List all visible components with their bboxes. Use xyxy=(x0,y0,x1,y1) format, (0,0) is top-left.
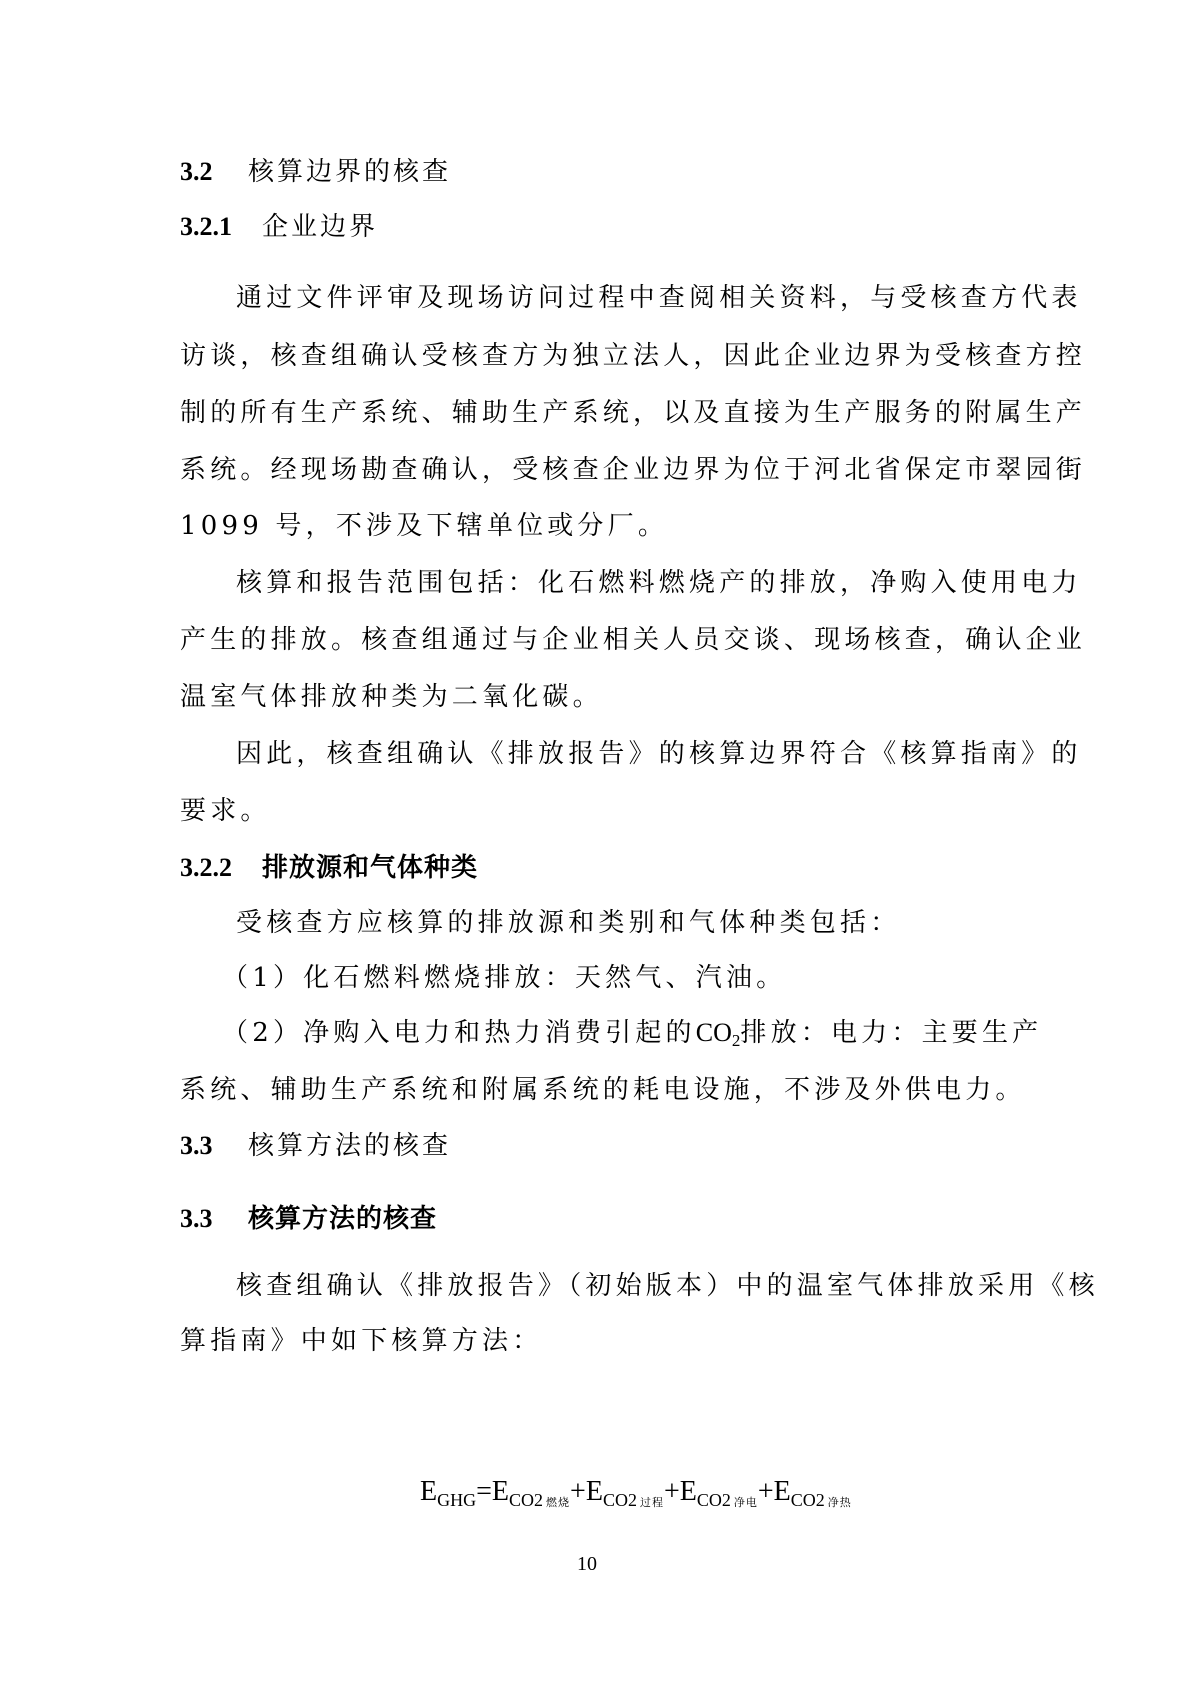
formula-subscript-cn: 净电 xyxy=(734,1496,758,1509)
formula-equals: = xyxy=(476,1476,492,1507)
formula-plus: + xyxy=(664,1476,680,1507)
ghg-formula: EGHG=ECO2燃烧+ECO2过程+ECO2净电+ECO2净热 xyxy=(420,1475,852,1520)
list-item-electricity: （2）净购入电力和热力消费引起的CO2排放：电力：主要生产 xyxy=(222,1018,1042,1056)
text-line: 1099 号，不涉及下辖单位或分厂。 xyxy=(180,511,668,541)
section-number: 3.2.2 xyxy=(180,853,262,883)
formula-subscript: CO2 xyxy=(697,1490,731,1510)
section-title: 企业边界 xyxy=(262,212,378,242)
section-heading-3-3: 3.3核算方法的核查 xyxy=(180,1131,451,1161)
section-heading-3-2: 3.2核算边界的核查 xyxy=(180,157,451,187)
list-item-text: 排放：电力：主要生产 xyxy=(740,1018,1042,1048)
section-number: 3.3 xyxy=(180,1204,248,1234)
section-title: 排放源和气体种类 xyxy=(262,853,478,883)
text-line: 通过文件评审及现场访问过程中查阅相关资料，与受核查方代表 xyxy=(236,283,1082,313)
section-number: 3.2.1 xyxy=(180,212,262,242)
text-line: 要求。 xyxy=(180,796,271,826)
chem-formula: CO2 xyxy=(696,1018,741,1047)
page-number: 10 xyxy=(577,1553,597,1576)
formula-subscript-cn: 燃烧 xyxy=(546,1496,570,1509)
text-line: 因此，核查组确认《排放报告》的核算边界符合《核算指南》的 xyxy=(236,739,1082,769)
formula-subscript: CO2 xyxy=(603,1490,637,1510)
section-heading-3-2-2: 3.2.2排放源和气体种类 xyxy=(180,853,478,883)
list-item-fossil-fuel: （1）化石燃料燃烧排放：天然气、汽油。 xyxy=(222,963,786,993)
list-item-continuation: 系统、辅助生产系统和附属系统的耗电设施，不涉及外供电力。 xyxy=(180,1075,1026,1105)
text-line: 温室气体排放种类为二氧化碳。 xyxy=(180,682,603,712)
formula-subscript-cn: 过程 xyxy=(640,1496,664,1509)
formula-symbol: E xyxy=(586,1476,603,1507)
formula-symbol: E xyxy=(420,1476,437,1507)
text-line: 产生的排放。核查组通过与企业相关人员交谈、现场核查，确认企业 xyxy=(180,625,1086,655)
text-line: 核查组确认《排放报告》（初始版本）中的温室气体排放采用《核 xyxy=(236,1271,1099,1301)
formula-subscript: GHG xyxy=(437,1490,476,1510)
formula-plus: + xyxy=(570,1476,586,1507)
text-line: 系统。经现场勘查确认，受核查企业边界为位于河北省保定市翠园街 xyxy=(180,455,1086,485)
list-item-text: （2）净购入电力和热力消费引起的 xyxy=(222,1018,696,1048)
section-title: 核算方法的核查 xyxy=(248,1204,437,1234)
text-line: 算指南》中如下核算方法： xyxy=(180,1326,542,1356)
section-heading-3-3-duplicate: 3.3核算方法的核查 xyxy=(180,1204,437,1234)
section-title: 核算边界的核查 xyxy=(248,157,451,187)
formula-subscript-cn: 净热 xyxy=(828,1496,852,1509)
text-line: 核算和报告范围包括：化石燃料燃烧产的排放，净购入使用电力 xyxy=(236,568,1082,598)
formula-subscript: CO2 xyxy=(509,1490,543,1510)
section-number: 3.2 xyxy=(180,157,248,187)
formula-symbol: E xyxy=(774,1476,791,1507)
formula-plus: + xyxy=(758,1476,774,1507)
chem-symbol: CO xyxy=(696,1018,732,1047)
text-line: 访谈，核查组确认受核查方为独立法人，因此企业边界为受核查方控 xyxy=(180,341,1086,371)
document-page: 3.2核算边界的核查 3.2.1企业边界 通过文件评审及现场访问过程中查阅相关资… xyxy=(0,0,1191,1684)
formula-symbol: E xyxy=(680,1476,697,1507)
section-title: 核算方法的核查 xyxy=(248,1131,451,1161)
text-line: 制的所有生产系统、辅助生产系统，以及直接为生产服务的附属生产 xyxy=(180,398,1086,428)
emission-sources-intro: 受核查方应核算的排放源和类别和气体种类包括： xyxy=(236,908,900,938)
formula-symbol: E xyxy=(492,1476,509,1507)
section-heading-3-2-1: 3.2.1企业边界 xyxy=(180,212,378,242)
formula-subscript: CO2 xyxy=(791,1490,825,1510)
section-number: 3.3 xyxy=(180,1131,248,1161)
